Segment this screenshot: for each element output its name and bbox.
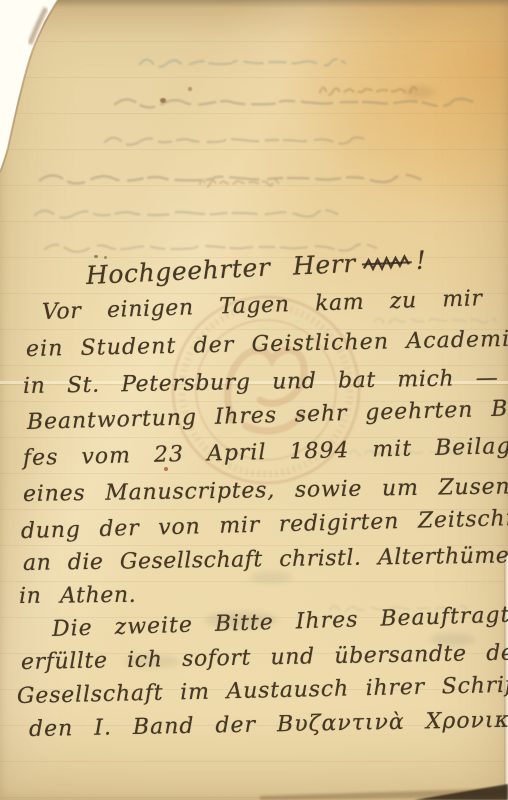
letter-scan: Hochgeehrter Herr! Vor einigen Tagen kam… [0,0,508,800]
bottom-edge-layer [0,0,508,800]
